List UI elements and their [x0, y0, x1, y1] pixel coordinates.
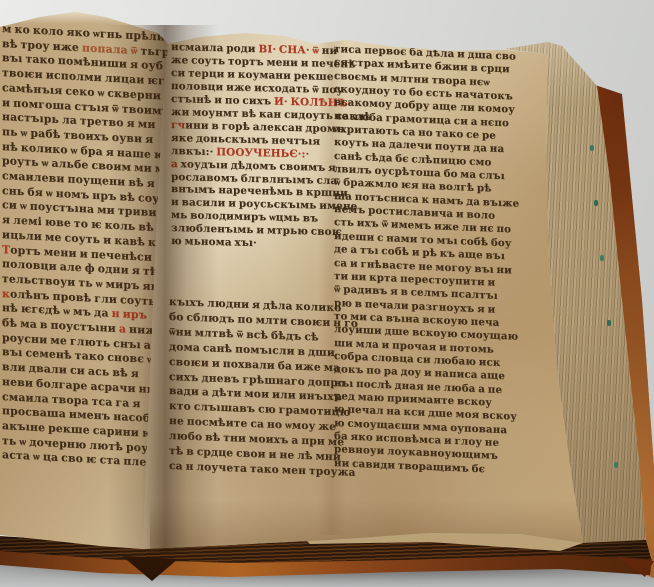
rubric-text: к: [2, 287, 10, 300]
rubric-text: ПООУЧЕНЬЄ·:·: [216, 146, 309, 160]
verdigris-speck: [590, 145, 594, 151]
right-page-column2-text: тиса первоє ба дѣла и дша своєя страх им…: [334, 43, 519, 478]
gutter-fold-shadow: [108, 25, 218, 553]
verdigris-speck: [607, 320, 611, 326]
verdigris-speck: [594, 200, 598, 206]
verdigris-speck: [614, 462, 618, 468]
verdigris-speck: [600, 255, 604, 261]
photo-of-open-manuscript: м ко коло яко ѡгнь прѣливѣ троу иже попа…: [0, 0, 654, 587]
rubric-text: ВІ· СНА· ѿ: [258, 43, 319, 56]
rubric-text: Т: [2, 243, 10, 256]
page-top-highlight: [0, 10, 170, 24]
